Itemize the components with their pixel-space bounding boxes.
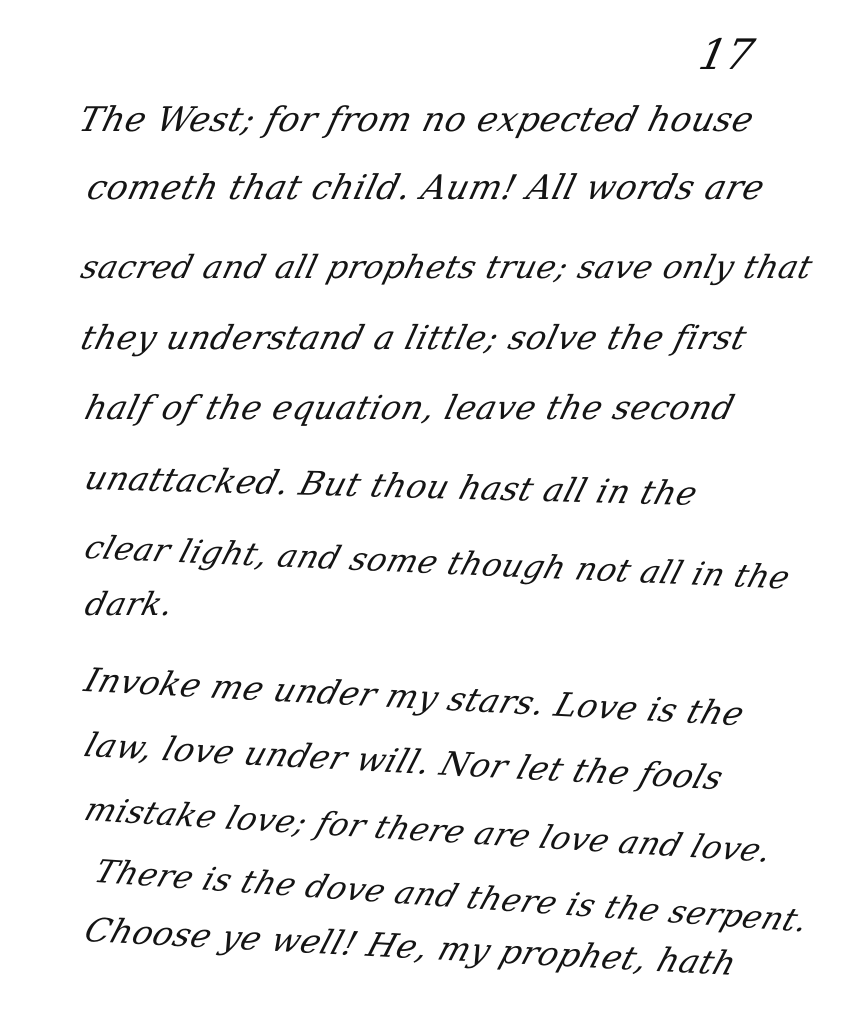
handwritten-line: sacred and all prophets true; save only … xyxy=(77,248,816,286)
handwritten-line: dark. xyxy=(81,585,177,623)
handwritten-line: clear light, and some though not all in … xyxy=(80,528,794,596)
handwritten-line: cometh that child. Aum! All words are xyxy=(83,168,769,208)
handwritten-line: The West; for from no expected house xyxy=(75,100,758,140)
handwritten-line: Invoke me under my stars. Love is the xyxy=(80,660,749,733)
page-number: 17 xyxy=(695,30,759,79)
handwritten-line: unattacked. But thou hast all in the xyxy=(81,458,703,513)
handwritten-line: they understand a little; solve the firs… xyxy=(77,318,751,357)
manuscript-page: 17 The West; for from no expected housec… xyxy=(0,0,857,1024)
handwritten-line: half of the equation, leave the second xyxy=(81,388,739,427)
handwritten-line: law, love under will. Nor let the fools xyxy=(80,725,728,797)
